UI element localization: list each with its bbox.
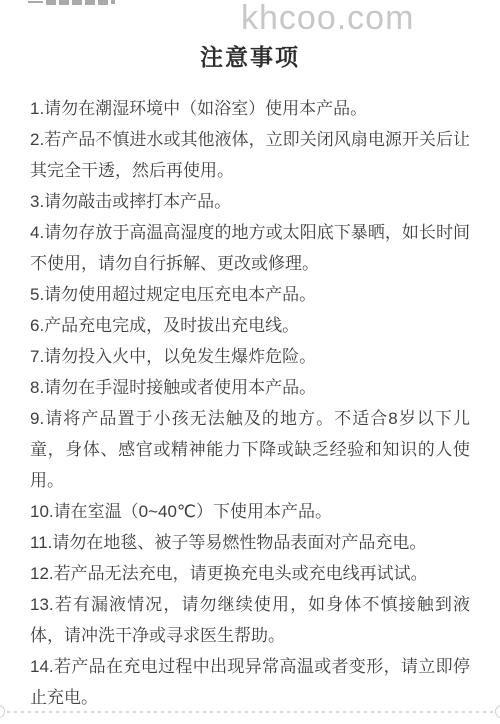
- precaution-item: 9.请将产品置于小孩无法触及的地方。不适合8岁以下儿童，身体、感官或精神能力下降…: [30, 403, 470, 496]
- perforation-notch-right: [495, 705, 500, 718]
- precaution-item: 6.产品充电完成，及时拔出充电线。: [30, 310, 470, 341]
- precautions-list: 1.请勿在潮湿环境中（如浴室）使用本产品。 2.若产品不慎进水或其他液体，立即关…: [30, 93, 470, 713]
- precaution-item: 7.请勿投入火中，以免发生爆炸危险。: [30, 341, 470, 372]
- glyph-fragment: [59, 0, 69, 5]
- precautions-page: khcoo.com 注意事项 1.请勿在潮湿环境中（如浴室）使用本产品。 2.若…: [0, 0, 500, 724]
- glyph-fragment: [72, 0, 82, 5]
- clipped-content-fragment: [28, 0, 115, 6]
- glyph-fragment: [46, 0, 56, 5]
- precaution-item: 10.请在室温（0~40℃）下使用本产品。: [30, 496, 470, 527]
- perforation-notch-left: [0, 705, 5, 718]
- page-title: 注意事项: [0, 15, 500, 71]
- precaution-item: 3.请勿敲击或摔打本产品。: [30, 186, 470, 217]
- precaution-item: 2.若产品不慎进水或其他液体，立即关闭风扇电源开关后让其完全干透，然后再使用。: [30, 124, 470, 186]
- precaution-item: 8.请勿在手湿时接触或者使用本产品。: [30, 372, 470, 403]
- precaution-item: 13.若有漏液情况，请勿继续使用，如身体不慎接触到液体，请冲洗干净或寻求医生帮助…: [30, 589, 470, 651]
- glyph-fragment: [98, 0, 108, 5]
- glyph-fragment: [28, 1, 43, 3]
- precaution-item: 1.请勿在潮湿环境中（如浴室）使用本产品。: [30, 93, 470, 124]
- precaution-item: 14.若产品在充电过程中出现异常高温或者变形，请立即停止充电。: [30, 651, 470, 713]
- precaution-item: 12.若产品无法充电，请更换充电头或充电线再试试。: [30, 558, 470, 589]
- glyph-fragment: [85, 0, 95, 5]
- precaution-item: 5.请勿使用超过规定电压充电本产品。: [30, 279, 470, 310]
- perforation-line: [0, 711, 500, 713]
- glyph-fragment: [111, 0, 115, 4]
- precaution-item: 11.请勿在地毯、被子等易燃性物品表面对产品充电。: [30, 527, 470, 558]
- precaution-item: 4.请勿存放于高温高湿度的地方或太阳底下暴晒，如长时间不使用，请勿自行拆解、更改…: [30, 217, 470, 279]
